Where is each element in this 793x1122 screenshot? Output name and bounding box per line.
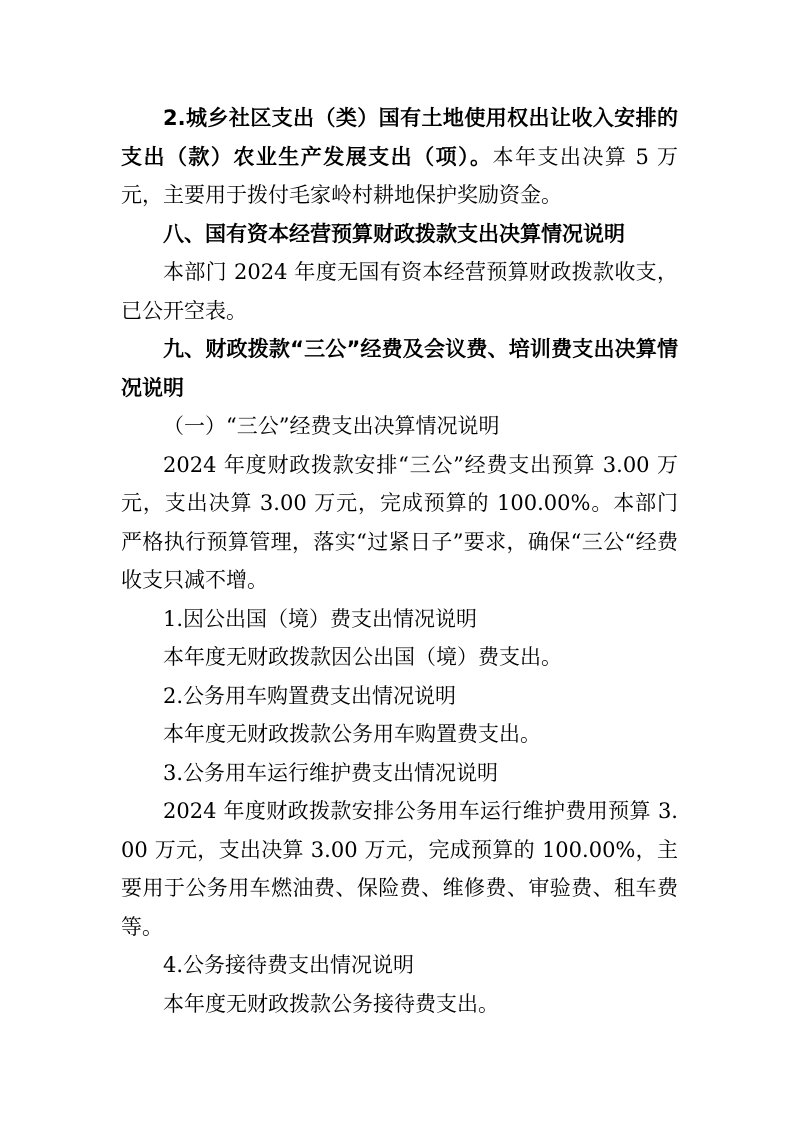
section-8-heading: 八、国有资本经营预算财政拨款支出决算情况说明	[121, 215, 678, 254]
item-4-body: 本年度无财政拨款公务接待费支出。	[121, 985, 678, 1024]
paragraph-expenditure-item-2: 2.城乡社区支出（类）国有土地使用权出让收入安排的支出（款）农业生产发展支出（项…	[121, 99, 678, 215]
document-content: 2.城乡社区支出（类）国有土地使用权出让收入安排的支出（款）农业生产发展支出（项…	[121, 99, 678, 1023]
section-8-body: 本部门 2024 年度无国有资本经营预算财政拨款收支，已公开空表。	[121, 253, 678, 330]
item-3-body: 2024 年度财政拨款安排公务用车运行维护费用预算 3.00 万元，支出决算 3…	[121, 792, 678, 946]
item-3-heading: 3.公务用车运行维护费支出情况说明	[121, 754, 678, 793]
item-2-heading: 2.公务用车购置费支出情况说明	[121, 677, 678, 716]
section-9-heading: 九、财政拨款“三公”经费及会议费、培训费支出决算情况说明	[121, 330, 678, 407]
item-1-heading: 1.因公出国（境）费支出情况说明	[121, 600, 678, 639]
item-2-body: 本年度无财政拨款公务用车购置费支出。	[121, 715, 678, 754]
item-4-heading: 4.公务接待费支出情况说明	[121, 946, 678, 985]
section-9-sub-1-heading: （一）“三公”经费支出决算情况说明	[121, 407, 678, 446]
item-1-body: 本年度无财政拨款因公出国（境）费支出。	[121, 638, 678, 677]
document-page: 2.城乡社区支出（类）国有土地使用权出让收入安排的支出（款）农业生产发展支出（项…	[0, 0, 793, 1122]
section-9-sub-1-body: 2024 年度财政拨款安排“三公”经费支出预算 3.00 万元，支出决算 3.0…	[121, 446, 678, 600]
